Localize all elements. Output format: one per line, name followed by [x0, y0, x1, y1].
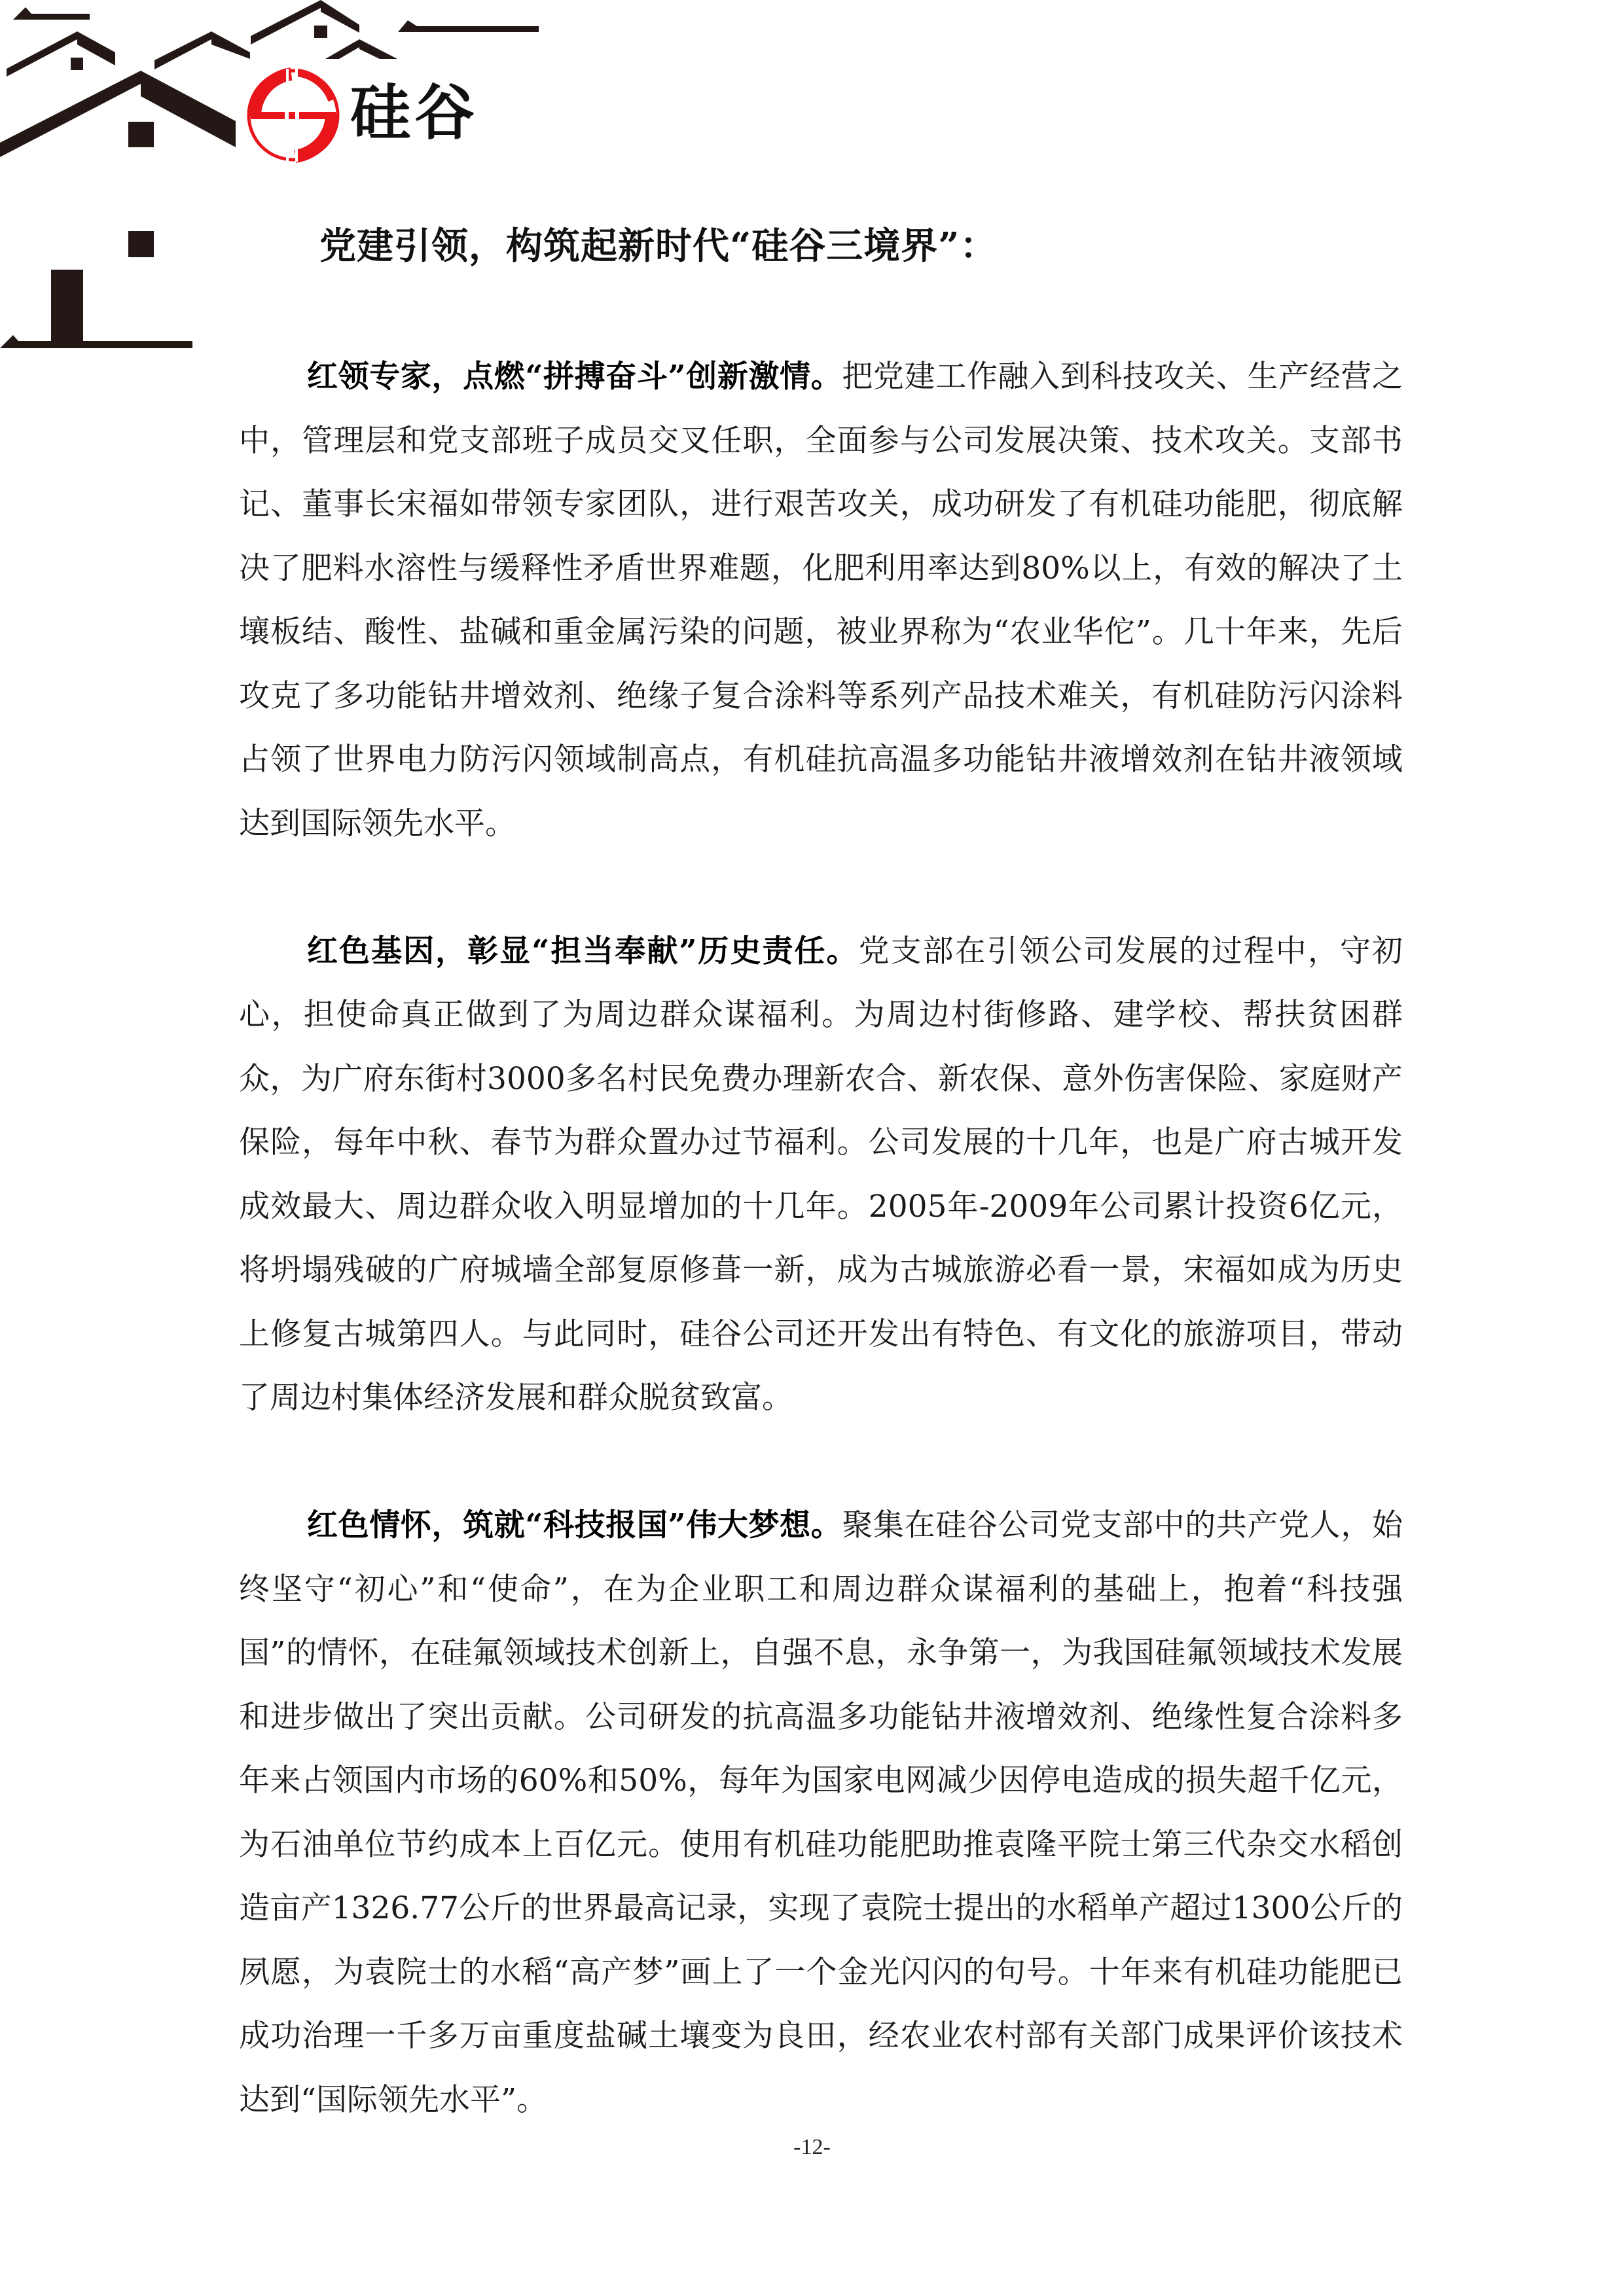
page-title: 党建引领，构筑起新时代“硅谷三境界”： — [319, 220, 997, 272]
document-page: 硅谷 党建引领，构筑起新时代“硅谷三境界”： 红领专家，点燃“拼搏奋斗”创新激情… — [0, 0, 1624, 2296]
section-heading: 红领专家，点燃“拼搏奋斗”创新激情。 — [307, 359, 842, 395]
section-text: 聚集在硅谷公司党支部中的共产党人，始终坚守“初心”和“使命”，在为企业职工和周边… — [239, 1507, 1403, 2118]
section-paragraph: 红领专家，点燃“拼搏奋斗”创新激情。把党建工作融入到科技攻关、生产经营之中，管理… — [239, 345, 1403, 855]
rooftops-line-art-icon — [0, 0, 550, 353]
document-body: 红领专家，点燃“拼搏奋斗”创新激情。把党建工作融入到科技攻关、生产经营之中，管理… — [239, 345, 1403, 2196]
brand-name: 硅谷 — [350, 77, 478, 149]
page-number: -12- — [0, 2135, 1624, 2160]
section-heading: 红色基因，彰显“担当奉献”历史责任。 — [307, 933, 859, 969]
section-paragraph: 红色情怀，筑就“科技报国”伟大梦想。聚集在硅谷公司党支部中的共产党人，始终坚守“… — [239, 1494, 1403, 2132]
section-text: 党支部在引领公司发展的过程中，守初心，担使命真正做到了为周边群众谋福利。为周边村… — [239, 933, 1403, 1416]
section-text: 把党建工作融入到科技攻关、生产经营之中，管理层和党支部班子成员交叉任职，全面参与… — [239, 359, 1403, 842]
section-heading: 红色情怀，筑就“科技报国”伟大梦想。 — [307, 1507, 842, 1543]
section-paragraph: 红色基因，彰显“担当奉献”历史责任。党支部在引领公司发展的过程中，守初心，担使命… — [239, 920, 1403, 1430]
red-s-circle-logo-icon — [245, 67, 341, 163]
